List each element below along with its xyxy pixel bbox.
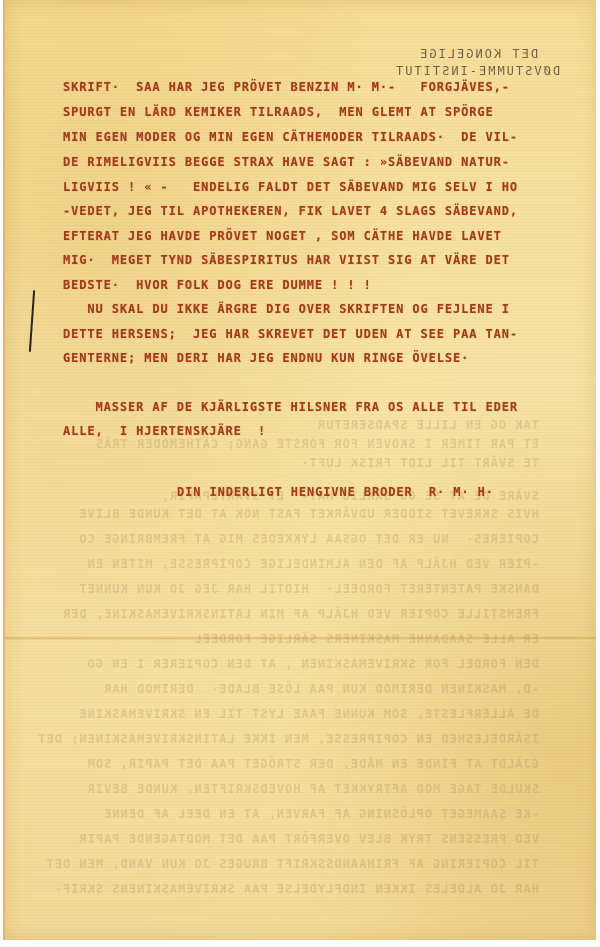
body-line: MASSER AF DE KJÄRLIGSTE HILSNER FRA OS A… bbox=[63, 396, 518, 418]
letterhead-line: DET KONGELIGE bbox=[394, 46, 560, 63]
margin-pen-mark bbox=[29, 290, 35, 352]
bleed-line: HVIS SKREVET SIDDER UDVÄRKET FAST NOK AT… bbox=[78, 507, 539, 521]
body-line: BEDSTE· HVOR FOLK DOG ERE DUMME ! ! ! bbox=[63, 274, 372, 296]
body-line: MIN EGEN MODER OG MIN EGEN CÄTHEMODER TI… bbox=[63, 126, 518, 148]
bleed-line: SKULDE TAGE MOD AFTRYKKET AF HOVEDSKRIFT… bbox=[87, 782, 539, 796]
body-line: DETTE HERSENS; JEG HAR SKREVET DET UDEN … bbox=[63, 323, 518, 345]
bleed-line: -PIER VED HJÄLP AF DEN ALMINDELIGE COPIP… bbox=[87, 557, 539, 571]
bleed-line: TIL COPIERING AF FRIHAANDSSKRIFT BRUGES … bbox=[46, 857, 539, 871]
body-line: GENTERNE; MEN DERI HAR JEG ENDNU KUN RIN… bbox=[63, 347, 469, 369]
body-line: SPURGT EN LÄRD KEMIKER TILRAADS, MEN GLE… bbox=[63, 101, 494, 123]
closing-signature: DIN INDERLIGT HENGIVNE BRODER R· M· H· bbox=[177, 481, 494, 503]
bleed-line: DEN FORDEL FOR SKRIVEMASKINEN , AT DEN C… bbox=[87, 657, 539, 671]
letter-page: TAK OG EN LILLE SPADSERETUR ET PAR TIMER… bbox=[3, 0, 596, 940]
body-line: NU SKAL DU IKKE ÄRGRE DIG OVER SKRIFTEN … bbox=[63, 298, 510, 320]
bleed-line: GJÄLDT AT FINDE EN MÅDE, DER STRÖGET PAA… bbox=[87, 757, 539, 771]
body-line: MIG· MEGET TYND SÄBESPIRITUS HAR VIIST S… bbox=[63, 249, 510, 271]
bleed-line: -D, MASKINEN DERIMOD KUN PAA LÖSE BLADE·… bbox=[103, 682, 539, 696]
bleed-line: FREMSTILLE COPIER VED HJÄLP AF MIN LATIN… bbox=[62, 607, 539, 621]
body-line: LIGVIIS ! « - ENDELIG FALDT DET SÄBEVAND… bbox=[63, 176, 518, 198]
bleed-line: HAR JO ALDELES IKKEN INDFLYDELSE PAA SKR… bbox=[54, 882, 539, 896]
body-line: -VEDET, JEG TIL APOTHEKEREN, FIK LAVET 4… bbox=[63, 200, 518, 222]
bleed-line: COPIERES· NU ER DET OGSAA LYKKEDES MIG A… bbox=[78, 532, 539, 546]
bleed-line: TE SVÄRT TIL LIDT FRISK LUFT· bbox=[300, 456, 539, 470]
body-line: EFTERAT JEG HAVDE PRÖVET NOGET , SOM CÄT… bbox=[63, 225, 502, 247]
bleed-line: VED PRESSENS TRYK BLEV OVERFÖRT PAA DET … bbox=[78, 832, 539, 846]
mirrored-letterhead: DET KONGELIGE DØVSTUMME-INSTITUT bbox=[394, 46, 560, 80]
body-line: DE RIMELIGVIIS BEGGE STRAX HAVE SAGT : »… bbox=[63, 151, 510, 173]
bleed-line: ISÄRDELESHED EN COPIPRESSE, MEN IKKE LAT… bbox=[37, 732, 539, 746]
bleed-line: DE ALLERFLESTE, SOM KUNNE FAAE LYST TIL … bbox=[78, 707, 539, 721]
bleed-line: DANSKE PATENTERET FORDEEL· HIDTIL HAR JE… bbox=[78, 582, 539, 596]
body-line: SKRIFT· SAA HAR JEG PRÖVET BENZIN M· M·-… bbox=[63, 76, 510, 98]
paper-fold-line bbox=[5, 636, 596, 642]
bleed-line: TAK OG EN LILLE SPADSERETUR bbox=[317, 418, 539, 432]
body-line: ALLE, I HJERTENSKJÄRE ! bbox=[63, 420, 266, 442]
bleed-line: -KE SAAMEGET OPLÖSNING AF FARVEN, AT EN … bbox=[103, 807, 539, 821]
